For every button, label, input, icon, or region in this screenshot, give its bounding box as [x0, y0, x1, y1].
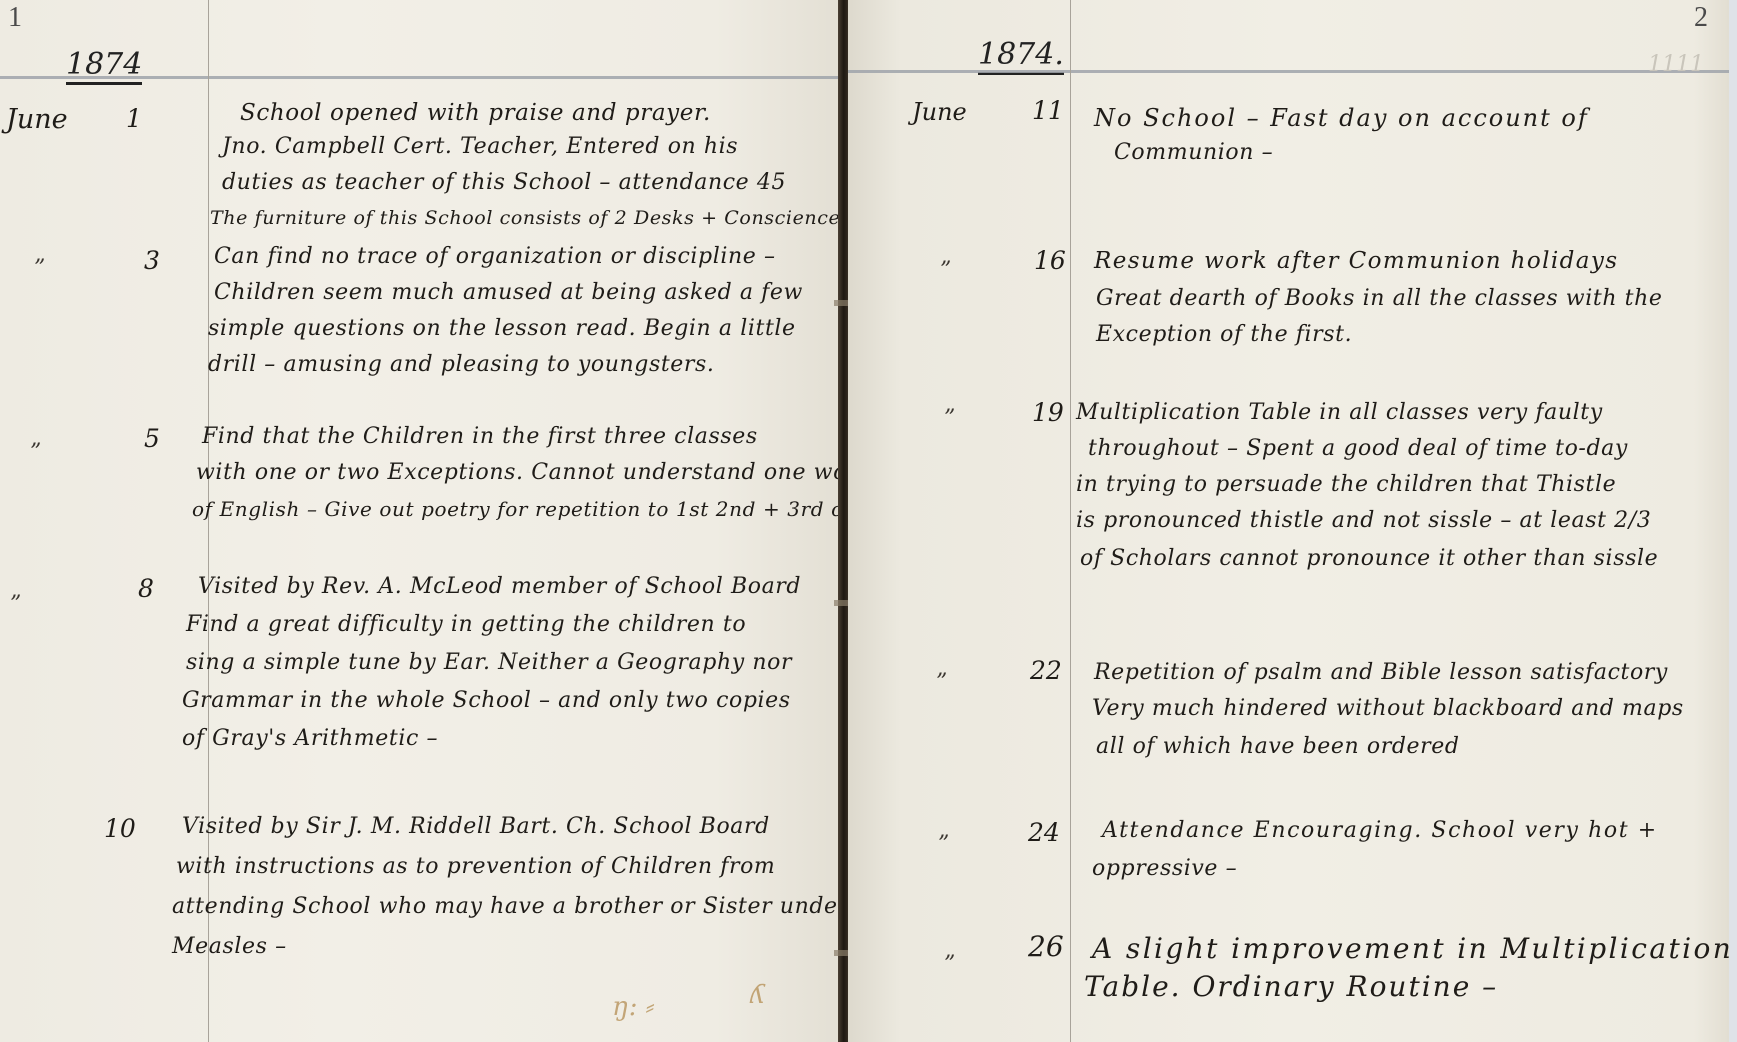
- entry-month: June: [912, 98, 967, 126]
- entry-day: 10: [104, 814, 136, 843]
- entry-day: 5: [144, 424, 160, 453]
- ink-stain: ŋ: ⸗: [612, 992, 654, 1022]
- entry-line: Very much hindered without blackboard an…: [1092, 696, 1684, 721]
- ditto-mark: ”: [944, 952, 955, 977]
- entry-line: in trying to persuade the children that …: [1076, 472, 1616, 497]
- page-number: 2: [1694, 2, 1708, 34]
- entry-day: 8: [138, 574, 154, 603]
- ditto-mark: ”: [938, 832, 949, 857]
- entry-day: 16: [1034, 246, 1066, 275]
- ditto-mark: ”: [936, 670, 947, 695]
- entry-line: Repetition of psalm and Bible lesson sat…: [1094, 660, 1668, 685]
- entry-line: oppressive –: [1092, 856, 1237, 881]
- entry-line: of Gray's Arithmetic –: [182, 726, 438, 751]
- entry-day: 22: [1030, 656, 1062, 685]
- entry-line: Can find no trace of organization or dis…: [214, 244, 776, 269]
- entry-line: The furniture of this School consists of…: [210, 207, 932, 229]
- ditto-mark: ”: [34, 256, 45, 281]
- entry-month: June: [6, 104, 68, 135]
- entry-day: 3: [144, 246, 160, 275]
- header-rule: [0, 76, 842, 79]
- right-page: 2 1874. 1111 June 11 No School – Fast da…: [848, 0, 1729, 1042]
- date-column-rule: [208, 0, 209, 1042]
- entry-line: of Scholars cannot pronounce it other th…: [1080, 546, 1658, 571]
- entry-day: 24: [1028, 818, 1060, 847]
- entry-line: Visited by Rev. A. McLeod member of Scho…: [198, 574, 801, 599]
- year-heading: 1874: [66, 50, 142, 85]
- entry-line: Visited by Sir J. M. Riddell Bart. Ch. S…: [182, 814, 770, 839]
- ditto-mark: ”: [940, 258, 951, 283]
- entry-line: Jno. Campbell Cert. Teacher, Entered on …: [222, 134, 738, 159]
- entry-line: A slight improvement in Multiplication: [1092, 932, 1733, 965]
- entry-day: 19: [1032, 398, 1064, 427]
- bleed-through-text: 1111: [1648, 52, 1704, 77]
- ditto-mark: ”: [30, 440, 41, 465]
- entry-line: School opened with praise and prayer.: [240, 100, 711, 126]
- date-column-rule: [1070, 0, 1071, 1042]
- entry-line: Measles –: [172, 934, 287, 959]
- entry-line: with one or two Exceptions. Cannot under…: [196, 460, 873, 485]
- entry-line: Grammar in the whole School – and only t…: [182, 688, 791, 713]
- entry-line: Exception of the first.: [1096, 322, 1352, 347]
- left-page: 1 1874 June 1 School opened with praise …: [0, 0, 842, 1042]
- header-rule: [848, 70, 1729, 73]
- ink-stain: ʎ: [750, 980, 765, 1010]
- background-surface: [1729, 0, 1737, 1042]
- entry-line: sing a simple tune by Ear. Neither a Geo…: [186, 650, 792, 675]
- entry-line: is pronounced thistle and not sissle – a…: [1076, 508, 1651, 533]
- entry-line: drill – amusing and pleasing to youngste…: [208, 352, 715, 377]
- entry-line: Communion –: [1114, 140, 1273, 165]
- entry-line: Children seem much amused at being asked…: [214, 280, 803, 305]
- entry-line: throughout – Spent a good deal of time t…: [1088, 436, 1628, 461]
- entry-day: 11: [1032, 96, 1064, 125]
- entry-line: attending School who may have a brother …: [172, 894, 849, 919]
- page-number: 1: [8, 2, 22, 34]
- entry-line: with instructions as to prevention of Ch…: [176, 854, 775, 879]
- entry-line: of English – Give out poetry for repetit…: [192, 497, 914, 521]
- entry-line: No School – Fast day on account of: [1094, 104, 1589, 132]
- entry-line: Resume work after Communion holidays: [1094, 248, 1618, 274]
- ditto-mark: ”: [10, 592, 21, 617]
- entry-day: 26: [1028, 930, 1064, 963]
- entry-line: simple questions on the lesson read. Beg…: [208, 316, 796, 341]
- entry-line: all of which have been ordered: [1096, 734, 1460, 759]
- entry-line: Great dearth of Books in all the classes…: [1096, 286, 1663, 311]
- entry-line: Multiplication Table in all classes very…: [1076, 400, 1603, 425]
- entry-line: Find that the Children in the first thre…: [202, 424, 758, 449]
- entry-line: duties as teacher of this School – atten…: [222, 170, 786, 195]
- entry-line: Find a great difficulty in getting the c…: [186, 612, 746, 637]
- entry-line: Attendance Encouraging. School very hot …: [1102, 818, 1658, 843]
- entry-line: Table. Ordinary Routine –: [1084, 970, 1498, 1003]
- ditto-mark: ”: [944, 406, 955, 431]
- entry-day: 1: [126, 104, 142, 133]
